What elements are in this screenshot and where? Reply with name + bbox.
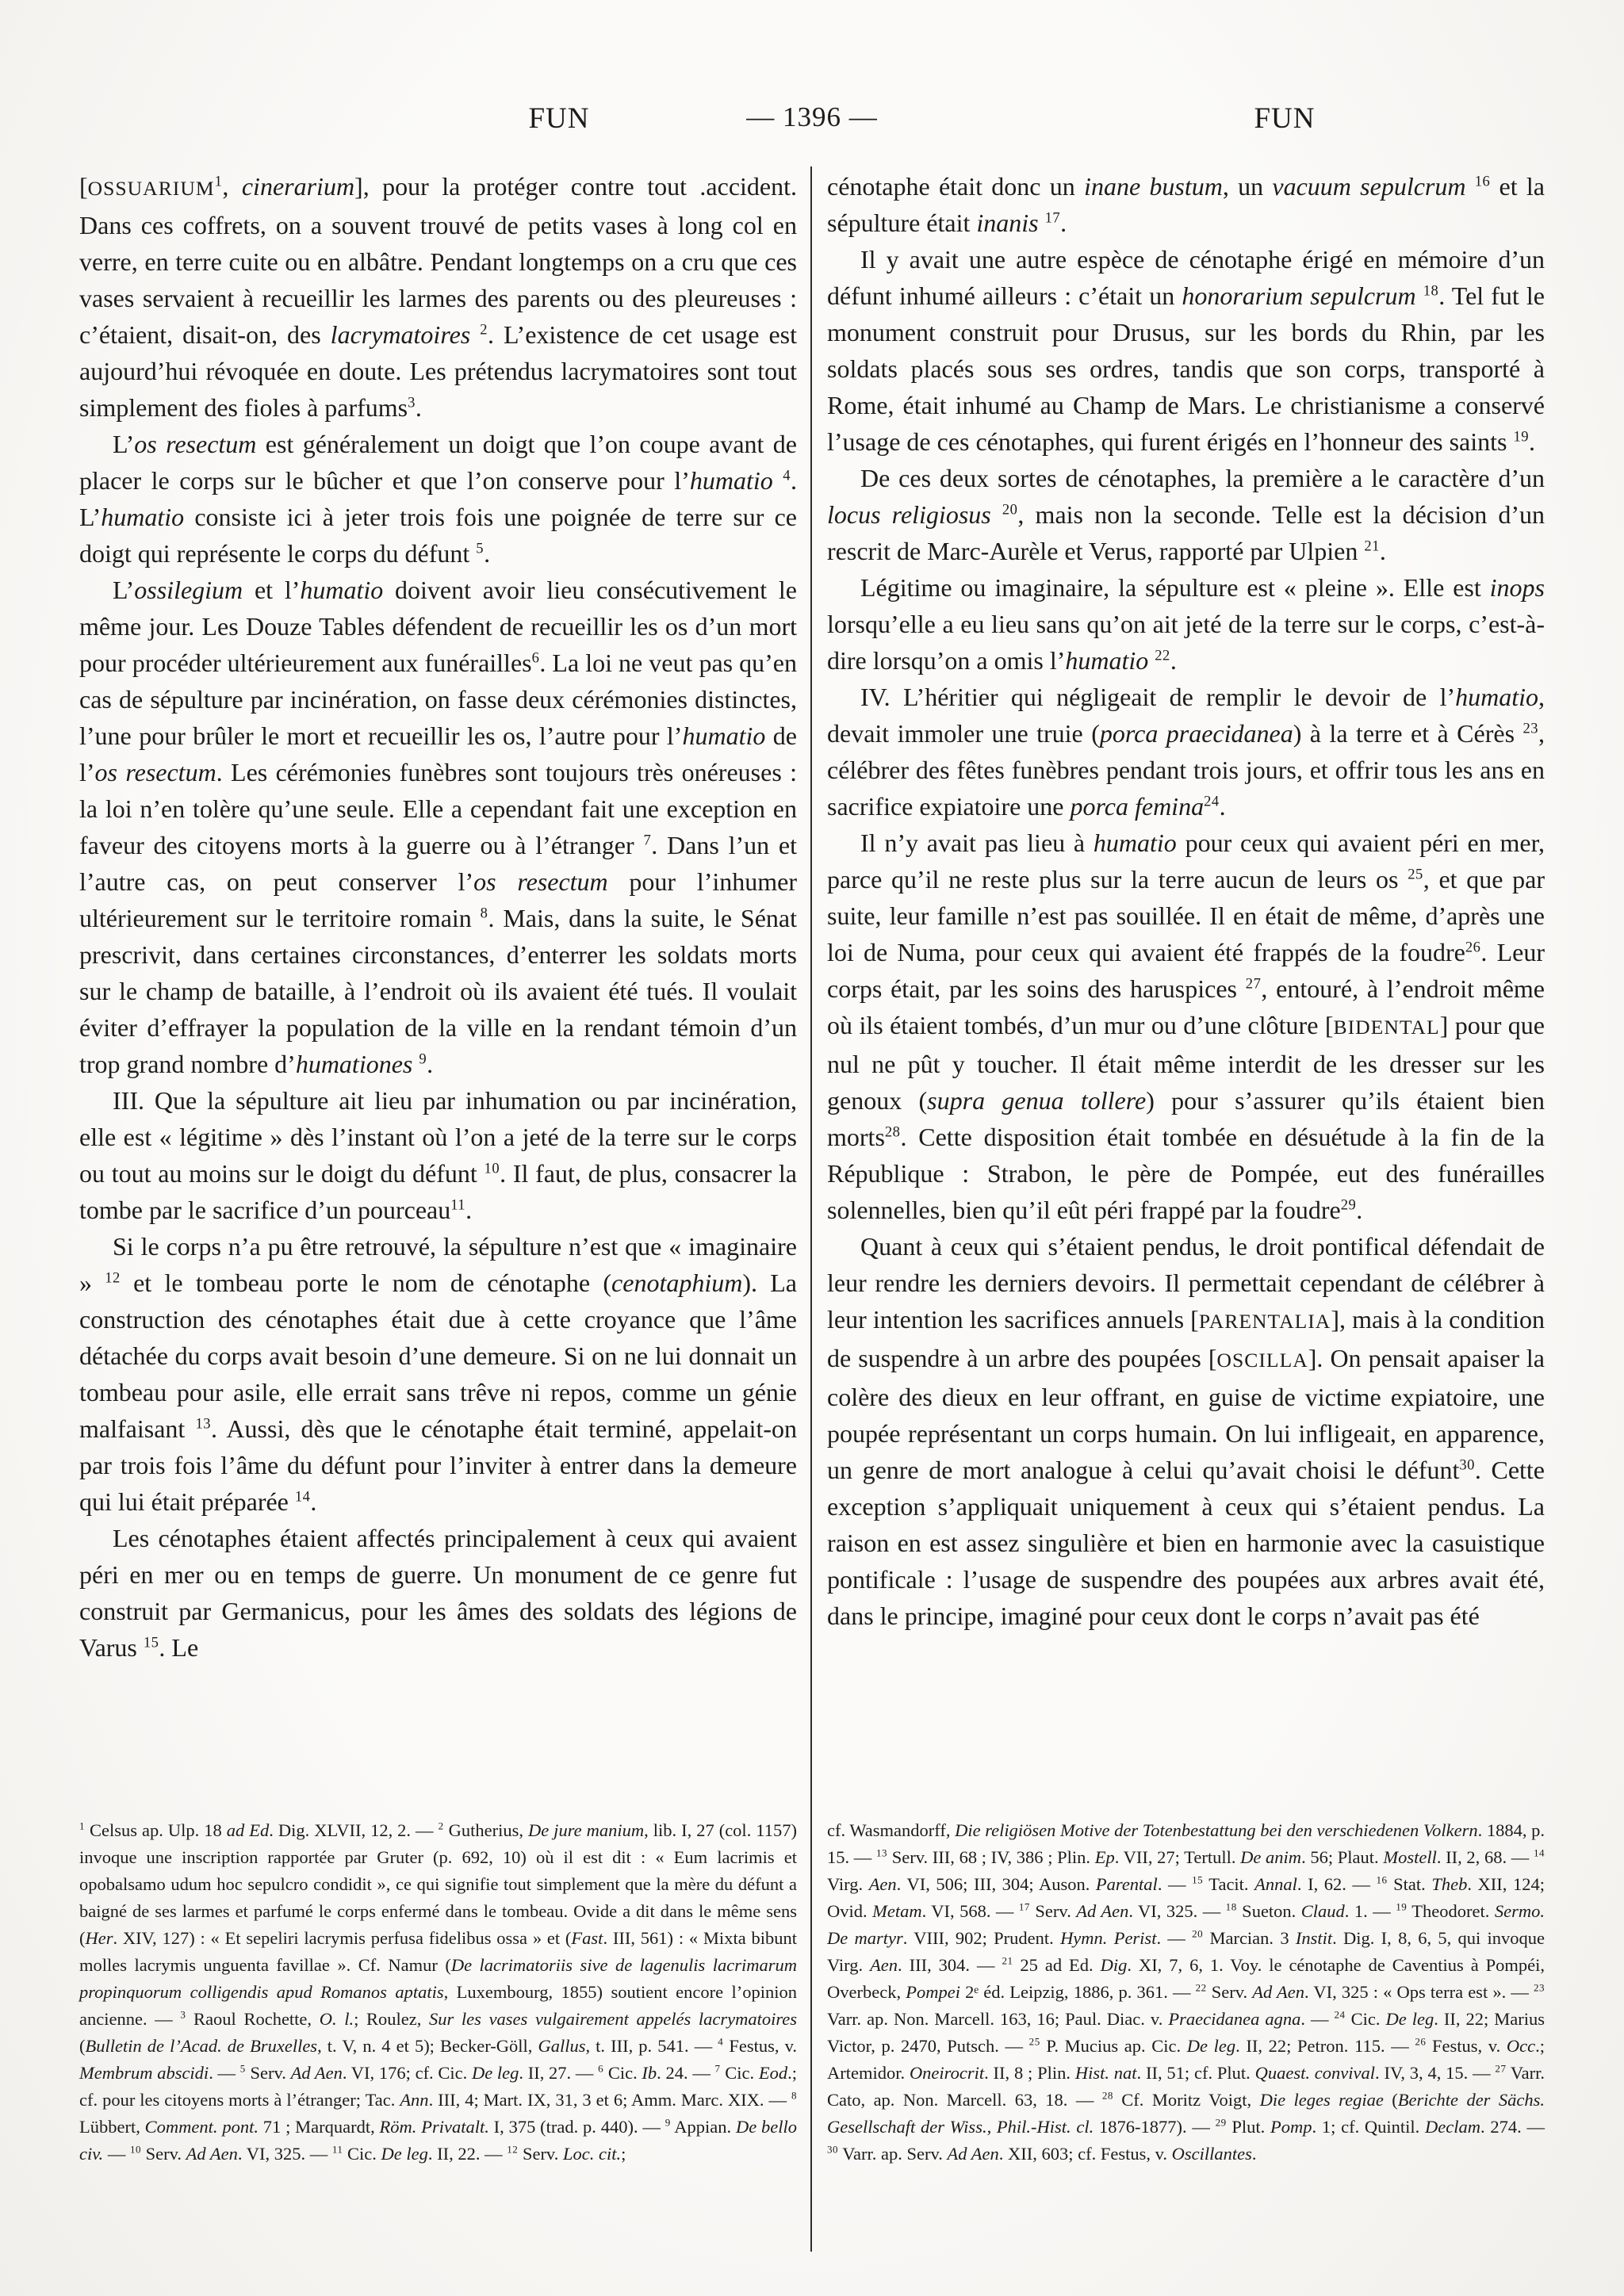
italic-term: locus religiosus bbox=[827, 500, 991, 529]
footnote-reference: 16 bbox=[1475, 173, 1491, 189]
footnote-reference: 9 bbox=[419, 1050, 427, 1067]
italic-term: Sur les vases vulgairement appelés lacry… bbox=[429, 2009, 797, 2029]
footnote-reference: 5 bbox=[240, 2063, 246, 2075]
footnote-reference: 20 bbox=[1002, 501, 1018, 518]
footnote-reference: 19 bbox=[1513, 428, 1529, 445]
italic-term: humationes bbox=[296, 1050, 413, 1078]
paragraph: Légitime ou imaginaire, la sépulture est… bbox=[827, 569, 1545, 679]
paragraph: IV. L’héritier qui négligeait de remplir… bbox=[827, 679, 1545, 825]
footnote-reference: 1 bbox=[215, 173, 223, 189]
italic-term: Röm. Privatalt. bbox=[380, 2117, 489, 2137]
italic-term: ad Ed bbox=[227, 1820, 270, 1840]
footnote-reference: 17 bbox=[1019, 1901, 1030, 1913]
footnote-reference: 4 bbox=[783, 467, 791, 484]
italic-term: Hist. nat bbox=[1075, 2063, 1137, 2083]
footnote-reference: 12 bbox=[507, 2144, 518, 2156]
italic-term: Theb bbox=[1431, 1874, 1467, 1894]
footnote-reference: 17 bbox=[1045, 209, 1061, 226]
right-column: cénotaphe était donc un inane bustum, un… bbox=[827, 168, 1545, 1666]
footnote-reference: 1 bbox=[79, 1820, 85, 1832]
italic-term: vacuum sepulcrum bbox=[1272, 172, 1465, 201]
footnote-reference: 2 bbox=[480, 321, 488, 338]
footnote-reference: 26 bbox=[1465, 939, 1481, 955]
footnote-reference: 20 bbox=[1192, 1928, 1203, 1940]
small-caps-cross-reference: BIDENTAL bbox=[1334, 1016, 1440, 1039]
small-caps-cross-reference: OSSUARIUM bbox=[88, 177, 215, 200]
italic-term: De jure manium bbox=[528, 1820, 644, 1840]
footnote-reference: 2 bbox=[439, 1820, 444, 1832]
footnote-reference: 4 bbox=[718, 2036, 723, 2048]
footnotes: 1 Celsus ap. Ulp. 18 ad Ed. Dig. XLVII, … bbox=[79, 1817, 1545, 2168]
footnote-reference: 7 bbox=[715, 2063, 721, 2075]
italic-term: lacrymatoires bbox=[331, 320, 471, 349]
italic-term: Sermo. De martyr bbox=[827, 1901, 1545, 1948]
footnote-reference: 13 bbox=[195, 1415, 211, 1432]
paragraph: Il y avait une autre espèce de cénotaphe… bbox=[827, 241, 1545, 460]
italic-term: humatio bbox=[101, 503, 184, 531]
footnote-reference: 26 bbox=[1415, 2036, 1426, 2048]
italic-term: Ann bbox=[400, 2090, 428, 2110]
footnote-reference: 25 bbox=[1408, 866, 1423, 882]
footnote-reference: 27 bbox=[1246, 975, 1262, 992]
footnote-reference: 13 bbox=[876, 1847, 887, 1859]
italic-term: Oneirocrit bbox=[910, 2063, 984, 2083]
footnote-reference: 29 bbox=[1341, 1196, 1357, 1213]
footnote-reference: 12 bbox=[105, 1269, 121, 1286]
italic-term: De leg bbox=[1385, 2009, 1434, 2029]
italic-term: De leg bbox=[1187, 2036, 1235, 2056]
paragraph: De ces deux sortes de cénotaphes, la pre… bbox=[827, 460, 1545, 569]
italic-term: Metam bbox=[872, 1901, 921, 1921]
italic-term: Gallus bbox=[538, 2036, 585, 2056]
footnote-reference: 22 bbox=[1196, 1982, 1207, 1994]
footnote-reference: 30 bbox=[1459, 1456, 1475, 1473]
footnote-reference: 23 bbox=[1522, 720, 1538, 737]
italic-term: humatio bbox=[300, 576, 383, 604]
italic-term: O. l. bbox=[320, 2009, 354, 2029]
italic-term: Ad Aen bbox=[948, 2144, 999, 2164]
italic-term: Pompei bbox=[906, 1982, 960, 2002]
running-head: FUN — 1396 — FUN bbox=[79, 101, 1545, 143]
footnote-reference: 14 bbox=[1534, 1847, 1545, 1859]
footnote-reference: 6 bbox=[532, 649, 540, 666]
footnote-reference: 22 bbox=[1155, 647, 1170, 664]
footnote-reference: 28 bbox=[1102, 2090, 1113, 2102]
italic-term: De anim bbox=[1240, 1847, 1301, 1867]
footnote-reference: 23 bbox=[1534, 1982, 1545, 1994]
footnote-reference: 10 bbox=[485, 1160, 500, 1177]
italic-term: Dig bbox=[1101, 1955, 1128, 1975]
italic-term: humatio bbox=[682, 721, 765, 750]
italic-term: Claud bbox=[1301, 1901, 1345, 1921]
italic-term: Annal bbox=[1254, 1874, 1297, 1894]
italic-term: ossilegium bbox=[134, 576, 243, 604]
paragraph: L’ossilegium et l’humatio doivent avoir … bbox=[79, 572, 797, 1082]
italic-term: Eod bbox=[759, 2063, 787, 2083]
footnote-reference: 30 bbox=[827, 2144, 838, 2156]
footnote-reference: 6 bbox=[598, 2063, 603, 2075]
italic-term: Die religiösen Motive der Totenbestattun… bbox=[955, 1820, 1478, 1840]
italic-term: Ep bbox=[1095, 1847, 1115, 1867]
small-caps-cross-reference: PARENTALIA bbox=[1199, 1310, 1331, 1333]
footnote-reference: 11 bbox=[332, 2144, 343, 2156]
scanned-page: FUN — 1396 — FUN [OSSUARIUM1, cinerarium… bbox=[0, 0, 1624, 2296]
italic-term: Aen bbox=[870, 1955, 898, 1975]
italic-term: Quaest. convival bbox=[1255, 2063, 1375, 2083]
italic-term: Mostell bbox=[1383, 1847, 1437, 1867]
italic-term: humatio bbox=[1094, 828, 1177, 857]
italic-term: Her bbox=[86, 1928, 113, 1948]
paragraph: Les cénotaphes étaient affectés principa… bbox=[79, 1520, 797, 1666]
footnote-reference: 7 bbox=[643, 832, 651, 848]
italic-term: humatio bbox=[1065, 646, 1148, 675]
italic-term: Loc. cit. bbox=[563, 2144, 621, 2164]
paragraph: cénotaphe était donc un inane bustum, un… bbox=[827, 168, 1545, 241]
footnote-reference: 10 bbox=[130, 2144, 141, 2156]
italic-term: cinerarium bbox=[242, 172, 354, 201]
italic-term: Comment. pont. bbox=[145, 2117, 259, 2137]
paragraph: Si le corps n’a pu être retrouvé, la sép… bbox=[79, 1228, 797, 1520]
italic-term: humatio bbox=[1455, 683, 1538, 711]
italic-term: Bulletin de l’Acad. de Bruxelles bbox=[86, 2036, 318, 2056]
footnote-reference: 9 bbox=[665, 2117, 671, 2129]
italic-term: Die leges regiae bbox=[1260, 2090, 1384, 2110]
paragraph: III. Que la sépulture ait lieu par inhum… bbox=[79, 1082, 797, 1228]
italic-term: De lacrimatoriis sive de lagenulis lacri… bbox=[79, 1955, 797, 2002]
paragraph: Quant à ceux qui s’étaient pendus, le dr… bbox=[827, 1228, 1545, 1634]
footnote-reference: 29 bbox=[1216, 2117, 1227, 2129]
italic-term: os resectum bbox=[95, 758, 216, 786]
footnotes-left-column: 1 Celsus ap. Ulp. 18 ad Ed. Dig. XLVII, … bbox=[79, 1817, 797, 2168]
footnote-reference: 21 bbox=[1002, 1955, 1013, 1967]
footnote-reference: 3 bbox=[180, 2009, 186, 2021]
footnote-reference: 24 bbox=[1204, 793, 1220, 809]
paragraph: Il n’y avait pas lieu à humatio pour ceu… bbox=[827, 825, 1545, 1228]
italic-term: Fast bbox=[571, 1928, 603, 1948]
footnote-reference: 18 bbox=[1423, 282, 1439, 299]
italic-term: inanis bbox=[976, 209, 1038, 237]
italic-term: Ad Aen bbox=[1076, 1901, 1128, 1921]
footnote-reference: 18 bbox=[1226, 1901, 1237, 1913]
italic-term: inane bustum bbox=[1084, 172, 1223, 201]
footnote-reference: 15 bbox=[144, 1634, 159, 1651]
italic-term: Ad Aen bbox=[291, 2063, 343, 2083]
footnote-reference: 28 bbox=[885, 1123, 901, 1140]
italic-term: cenotaphium bbox=[611, 1269, 742, 1297]
running-title-right: FUN bbox=[1166, 101, 1404, 136]
left-column: [OSSUARIUM1, cinerarium], pour la protég… bbox=[79, 168, 797, 1666]
italic-term: Ad Aen bbox=[186, 2144, 238, 2164]
small-caps-cross-reference: OSCILLA bbox=[1217, 1349, 1308, 1372]
footnote-reference: 11 bbox=[450, 1196, 465, 1213]
italic-term: Parental bbox=[1096, 1874, 1158, 1894]
footnotes-right-column: cf. Wasmandorff, Die religiösen Motive d… bbox=[827, 1817, 1545, 2168]
footnote-reference: 25 bbox=[1029, 2036, 1040, 2048]
article-body: [OSSUARIUM1, cinerarium], pour la protég… bbox=[79, 168, 1545, 1666]
footnote-reference: 27 bbox=[1495, 2063, 1506, 2075]
italic-term: Ad Aen bbox=[1252, 1982, 1304, 2002]
italic-term: Membrum abscidi bbox=[79, 2063, 209, 2083]
footnote-reference: 3 bbox=[408, 394, 416, 411]
italic-term: Hymn. Perist bbox=[1060, 1928, 1156, 1948]
footnote-reference: 19 bbox=[1396, 1901, 1407, 1913]
footnote-reference: 21 bbox=[1364, 538, 1380, 554]
italic-term: De leg bbox=[381, 2144, 428, 2164]
paragraph: L’os resectum est généralement un doigt … bbox=[79, 426, 797, 572]
italic-term: Occ bbox=[1507, 2036, 1535, 2056]
footnote-reference: 16 bbox=[1377, 1874, 1388, 1886]
italic-term: os resectum bbox=[473, 867, 608, 896]
italic-term: porca femina bbox=[1071, 792, 1205, 821]
italic-term: Ib bbox=[642, 2063, 657, 2083]
italic-term: Oscillantes bbox=[1172, 2144, 1252, 2164]
italic-term: Pomp bbox=[1270, 2117, 1312, 2137]
italic-term: Aen bbox=[869, 1874, 897, 1894]
footnote-reference: 14 bbox=[295, 1488, 311, 1505]
italic-term: supra genua tollere bbox=[927, 1086, 1146, 1115]
italic-term: Praecidanea agna bbox=[1168, 2009, 1300, 2029]
italic-term: Instit bbox=[1296, 1928, 1332, 1948]
italic-term: inops bbox=[1490, 573, 1545, 602]
italic-term: honorarium sepulcrum bbox=[1182, 281, 1415, 310]
footnote-reference: 24 bbox=[1335, 2009, 1346, 2021]
footnote-reference: 15 bbox=[1192, 1874, 1203, 1886]
italic-term: Declam bbox=[1425, 2117, 1480, 2137]
italic-term: os resectum bbox=[134, 430, 256, 458]
italic-term: porca praecidanea bbox=[1100, 719, 1293, 748]
footnote-reference: 5 bbox=[476, 540, 484, 557]
paragraph: [OSSUARIUM1, cinerarium], pour la protég… bbox=[79, 168, 797, 426]
italic-term: humatio bbox=[690, 466, 773, 495]
footnote-reference: 8 bbox=[791, 2090, 797, 2102]
italic-term: De leg bbox=[472, 2063, 519, 2083]
footnote-reference: 8 bbox=[481, 905, 488, 921]
